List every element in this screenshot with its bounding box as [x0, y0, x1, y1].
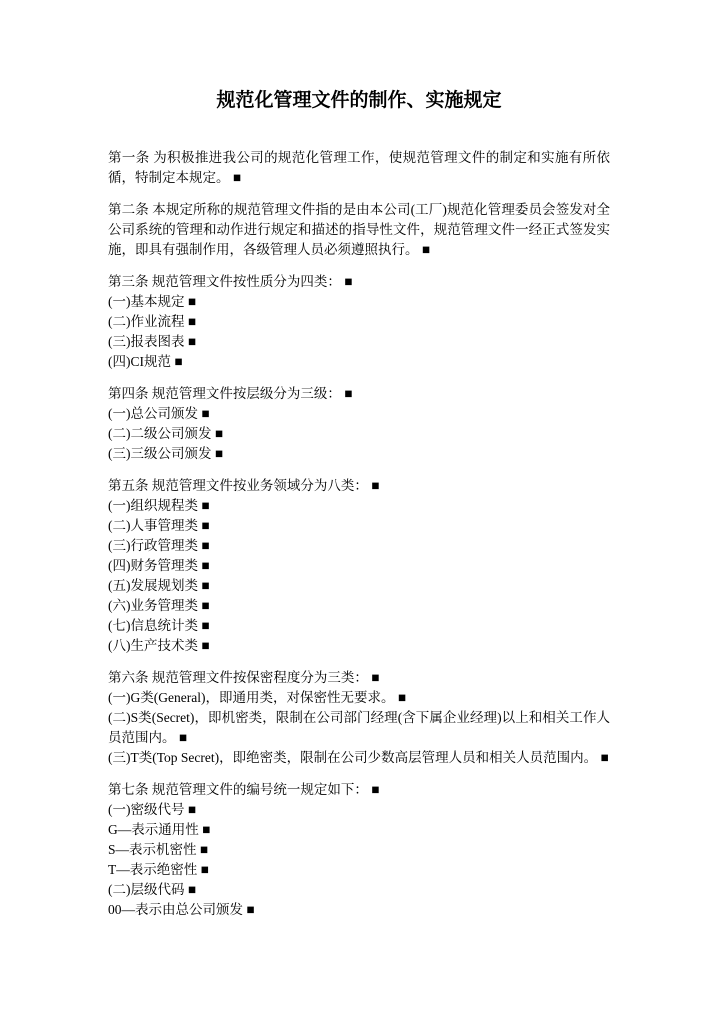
article-6: 第六条 规范管理文件按保密程度分为三类： ■(一)G类(General)，即通用…: [108, 668, 610, 768]
article-7-line: G—表示通用性 ■: [108, 820, 610, 840]
document-body: 第一条 为积极推进我公司的规范化管理工作，使规范管理文件的制定和实施有所依循，特…: [108, 148, 610, 920]
article-3-line: (三)报表图表 ■: [108, 332, 610, 352]
article-6-line: (三)T类(Top Secret)，即绝密类，限制在公司少数高层管理人员和相关人…: [108, 748, 610, 768]
article-5: 第五条 规范管理文件按业务领域分为八类： ■(一)组织规程类 ■(二)人事管理类…: [108, 476, 610, 656]
article-7-line: T—表示绝密性 ■: [108, 860, 610, 880]
article-5-line: (一)组织规程类 ■: [108, 496, 610, 516]
article-5-line: (二)人事管理类 ■: [108, 516, 610, 536]
article-5-line: (三)行政管理类 ■: [108, 536, 610, 556]
article-6-line: 第六条 规范管理文件按保密程度分为三类： ■: [108, 668, 610, 688]
article-7-line: S—表示机密性 ■: [108, 840, 610, 860]
article-6-line: (一)G类(General)，即通用类，对保密性无要求。 ■: [108, 688, 610, 708]
article-7-line: 00—表示由总公司颁发 ■: [108, 900, 610, 920]
article-7-line: (二)层级代码 ■: [108, 880, 610, 900]
article-3-line: (二)作业流程 ■: [108, 312, 610, 332]
article-4-line: (二)二级公司颁发 ■: [108, 424, 610, 444]
article-3-line: (一)基本规定 ■: [108, 292, 610, 312]
article-5-line: (六)业务管理类 ■: [108, 596, 610, 616]
article-7: 第七条 规范管理文件的编号统一规定如下： ■(一)密级代号 ■G—表示通用性 ■…: [108, 780, 610, 920]
document-page: 规范化管理文件的制作、实施规定 第一条 为积极推进我公司的规范化管理工作，使规范…: [0, 0, 720, 1017]
article-3: 第三条 规范管理文件按性质分为四类： ■(一)基本规定 ■(二)作业流程 ■(三…: [108, 272, 610, 372]
article-5-line: (五)发展规划类 ■: [108, 576, 610, 596]
document-content: 规范化管理文件的制作、实施规定 第一条 为积极推进我公司的规范化管理工作，使规范…: [108, 88, 610, 932]
article-6-line: (二)S类(Secret)，即机密类，限制在公司部门经理(含下属企业经理)以上和…: [108, 708, 610, 748]
article-1: 第一条 为积极推进我公司的规范化管理工作，使规范管理文件的制定和实施有所依循，特…: [108, 148, 610, 188]
article-3-line: (四)CI规范 ■: [108, 352, 610, 372]
article-7-line: 第七条 规范管理文件的编号统一规定如下： ■: [108, 780, 610, 800]
article-4-line: (一)总公司颁发 ■: [108, 404, 610, 424]
article-4: 第四条 规范管理文件按层级分为三级： ■(一)总公司颁发 ■(二)二级公司颁发 …: [108, 384, 610, 464]
article-5-line: 第五条 规范管理文件按业务领域分为八类： ■: [108, 476, 610, 496]
article-4-line: (三)三级公司颁发 ■: [108, 444, 610, 464]
article-3-line: 第三条 规范管理文件按性质分为四类： ■: [108, 272, 610, 292]
article-4-line: 第四条 规范管理文件按层级分为三级： ■: [108, 384, 610, 404]
article-2: 第二条 本规定所称的规范管理文件指的是由本公司(工厂)规范化管理委员会签发对全公…: [108, 200, 610, 260]
article-5-line: (七)信息统计类 ■: [108, 616, 610, 636]
article-1-line: 第一条 为积极推进我公司的规范化管理工作，使规范管理文件的制定和实施有所依循，特…: [108, 148, 610, 188]
article-5-line: (四)财务管理类 ■: [108, 556, 610, 576]
document-title: 规范化管理文件的制作、实施规定: [108, 88, 610, 114]
article-5-line: (八)生产技术类 ■: [108, 636, 610, 656]
article-2-line: 第二条 本规定所称的规范管理文件指的是由本公司(工厂)规范化管理委员会签发对全公…: [108, 200, 610, 260]
article-7-line: (一)密级代号 ■: [108, 800, 610, 820]
